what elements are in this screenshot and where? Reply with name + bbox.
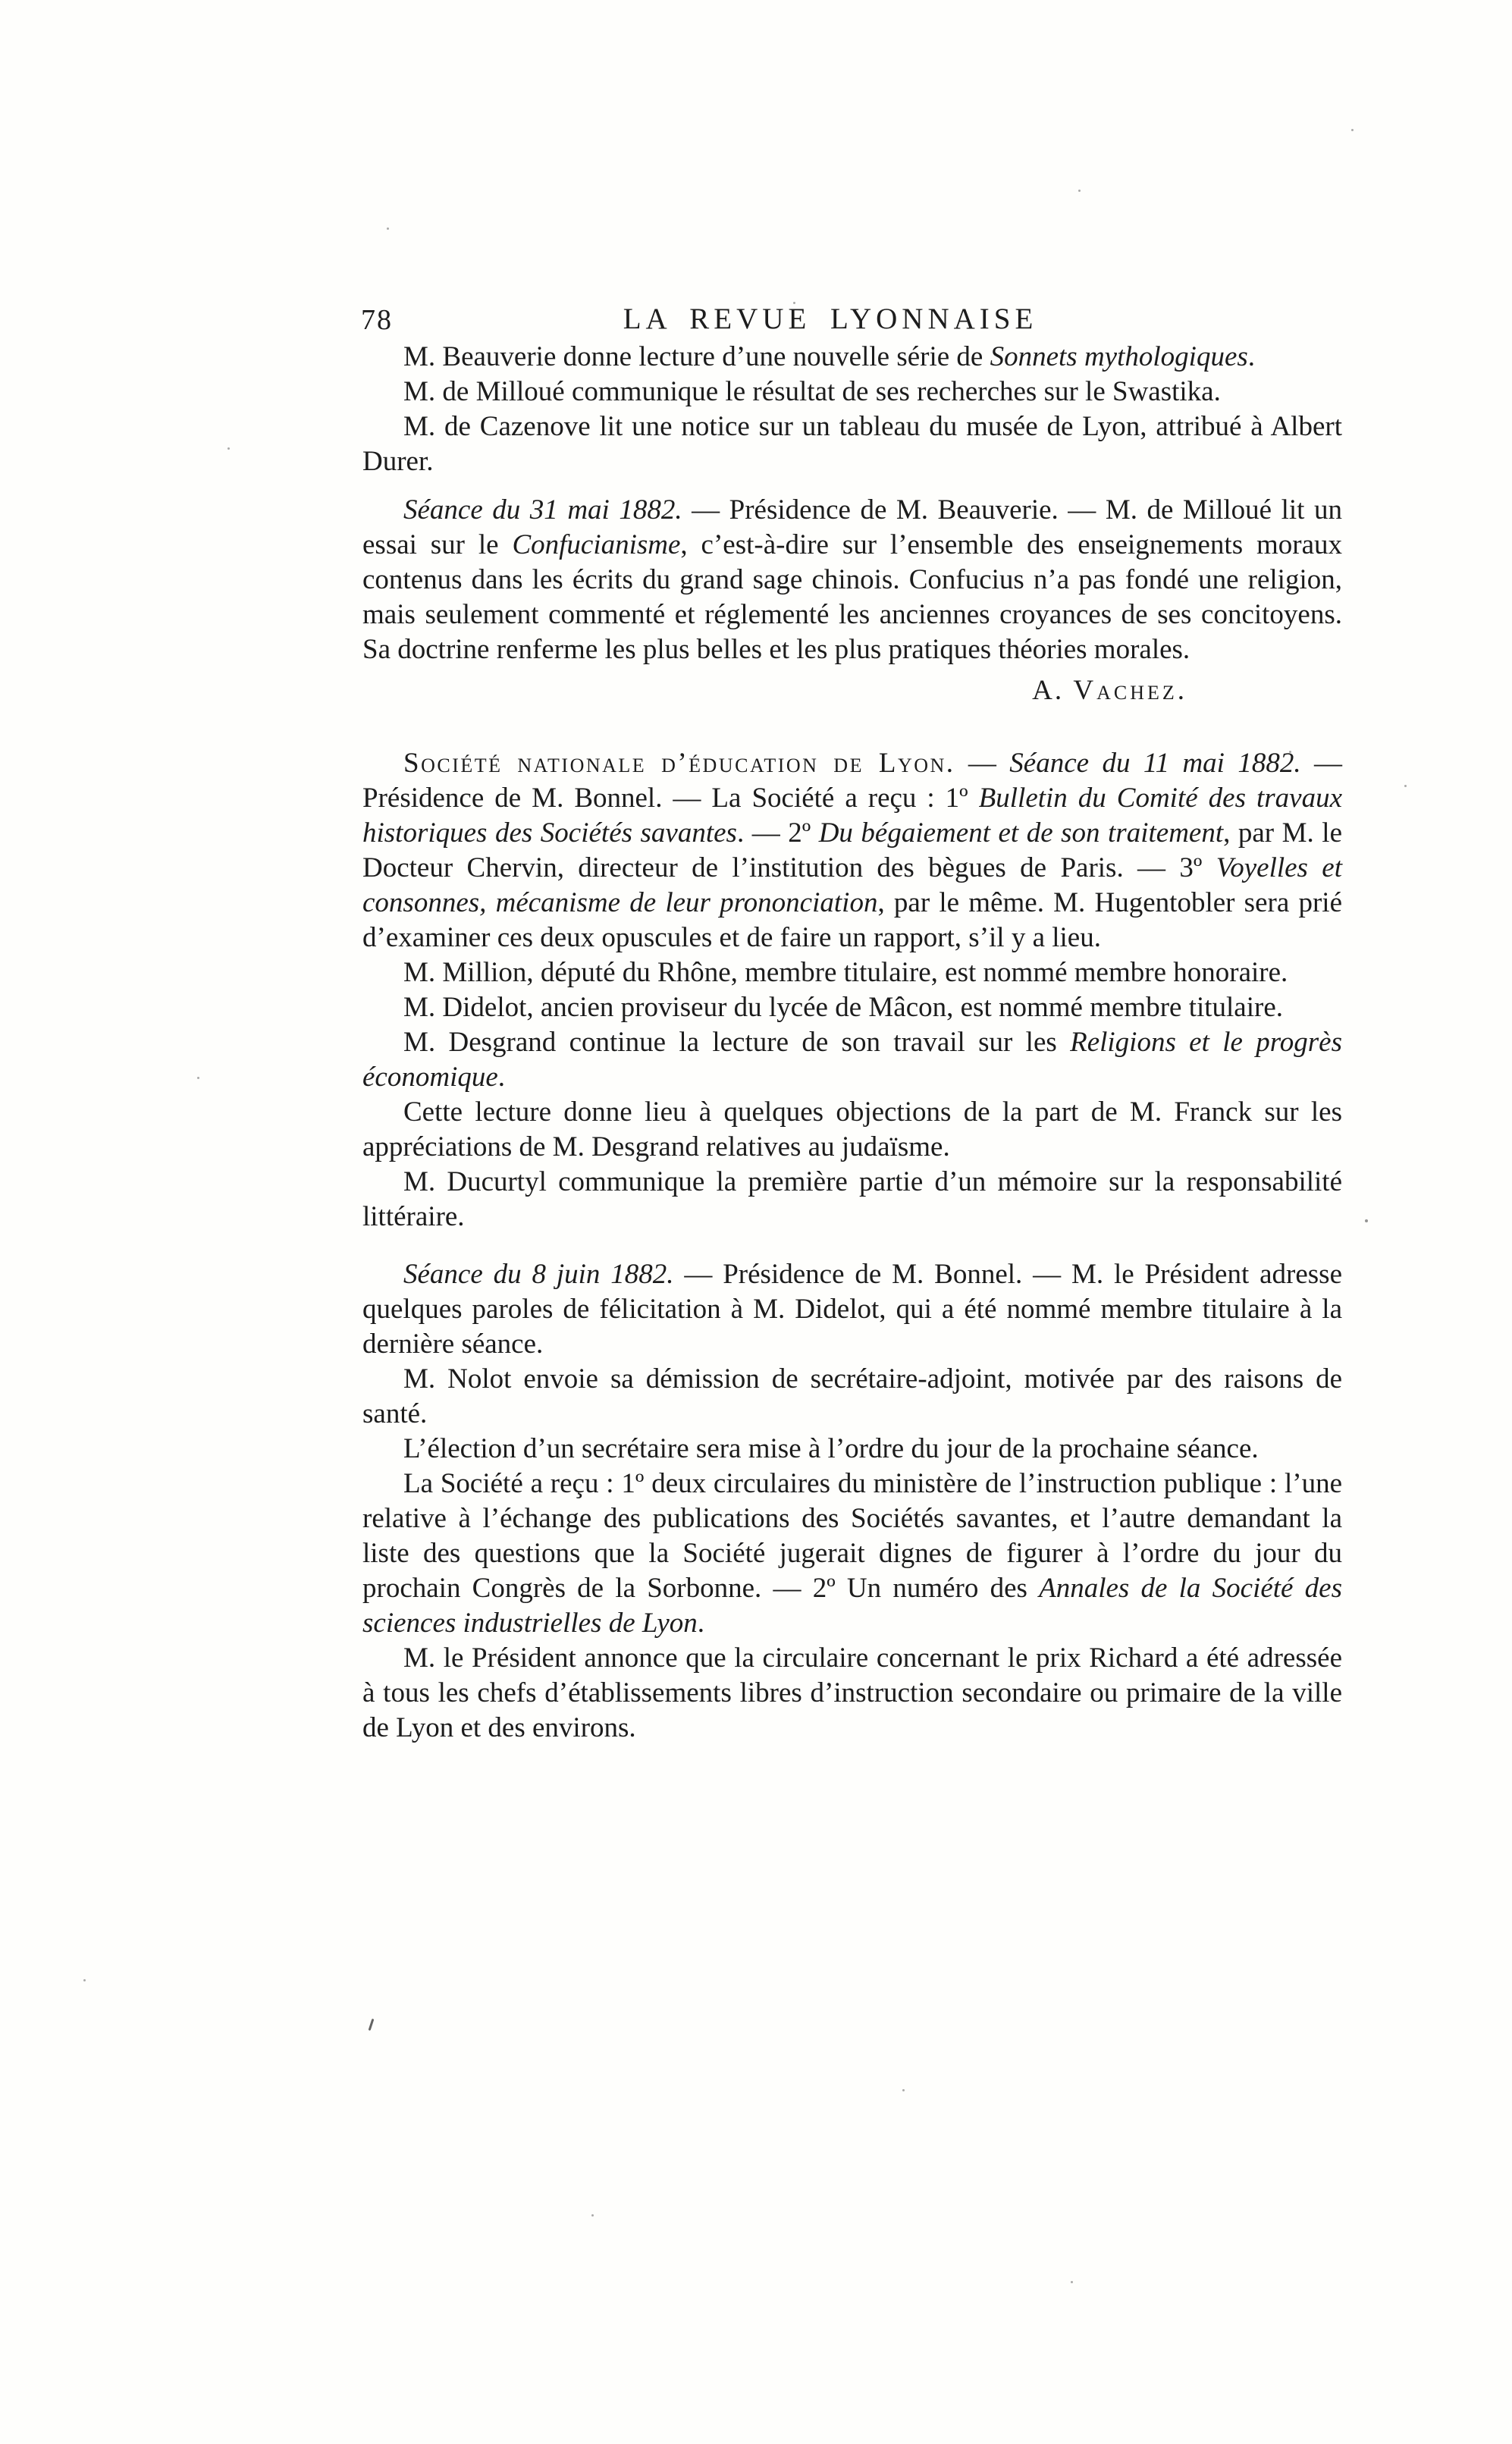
scan-speck [83, 1979, 86, 1981]
text-segment: Sonnets mythologiques [990, 341, 1248, 372]
paragraph: M. Ducurtyl communique la première parti… [362, 1165, 1342, 1235]
page-header: 78 LA REVUE LYONNAISE [356, 302, 1342, 341]
paragraph: Séance du 8 juin 1882. — Présidence de M… [362, 1257, 1342, 1362]
paragraph: M. Desgrand continue la lecture de son t… [362, 1025, 1342, 1095]
text-segment: — [955, 748, 1010, 779]
paragraph: La Société a reçu : 1º deux circulaires … [362, 1467, 1342, 1641]
scan-speck [1071, 2281, 1073, 2283]
paragraph: M. de Milloué communique le résultat de … [362, 375, 1342, 409]
scan-speck [591, 2214, 594, 2217]
scan-speck [1351, 129, 1354, 131]
paragraph: M. Didelot, ancien proviseur du lycée de… [362, 990, 1342, 1025]
scan-speck [387, 227, 389, 230]
text-segment: M. Didelot, ancien proviseur du lycée de… [403, 992, 1283, 1023]
text-segment: Vachez [1073, 675, 1177, 706]
scan-tick-mark [369, 2019, 375, 2031]
text-segment: . [1248, 341, 1255, 372]
text-segment: Cette lecture donne lieu à quelques obje… [362, 1097, 1342, 1162]
paragraph: M. Nolot envoie sa démission de secrétai… [362, 1362, 1342, 1432]
text-segment: M. Nolot envoie sa démission de secrétai… [362, 1363, 1342, 1429]
scan-speck [1289, 751, 1291, 753]
journal-title: LA REVUE LYONNAISE [356, 302, 1304, 336]
paragraph: Société nationale d’éducation de Lyon. —… [362, 746, 1342, 955]
text-segment: . — 2º [737, 817, 819, 849]
text-segment: . [1178, 675, 1187, 706]
text-segment: Séance du 11 mai 1882. [1009, 748, 1300, 779]
scan-speck [197, 1077, 199, 1079]
document-page: 78 LA REVUE LYONNAISE M. Beauverie donne… [0, 0, 1512, 2444]
text-segment: . [698, 1608, 704, 1639]
text-segment: M. de Milloué communique le résultat de … [403, 376, 1221, 407]
paragraph: L’élection d’un secrétaire sera mise à l… [362, 1432, 1342, 1467]
text-segment: A. [1032, 675, 1073, 706]
text-segment: L’élection d’un secrétaire sera mise à l… [403, 1433, 1259, 1464]
text-segment: . [498, 1062, 505, 1093]
text-segment: M. Beauverie donne lecture d’une nouvell… [403, 341, 990, 372]
text-segment: Confucianisme [512, 529, 680, 560]
text-segment: M. Million, député du Rhône, membre titu… [403, 957, 1288, 988]
paragraph: M. Million, député du Rhône, membre titu… [362, 955, 1342, 990]
scan-speck [793, 302, 795, 304]
scan-speck [227, 447, 230, 450]
text-segment: M. le Président annonce que la circulair… [362, 1642, 1342, 1743]
paragraph: Séance du 31 mai 1882. — Présidence de M… [362, 493, 1342, 667]
text-segment: Du bégaiement et de son traitement [819, 817, 1223, 849]
text-segment: Séance du 31 mai 1882. [403, 494, 682, 526]
scan-speck [902, 2089, 905, 2091]
text-segment: Société nationale d’éducation de Lyon. [403, 748, 955, 779]
paragraph: Cette lecture donne lieu à quelques obje… [362, 1095, 1342, 1165]
scan-speck [1078, 190, 1081, 192]
scan-speck [1365, 1219, 1368, 1222]
text-segment: Séance du 8 juin 1882. [403, 1259, 674, 1290]
text-segment: M. Desgrand continue la lecture de son t… [403, 1027, 1070, 1058]
paragraph: M. le Président annonce que la circulair… [362, 1641, 1342, 1746]
author-signature: A. Vachez. [362, 673, 1342, 708]
text-segment: M. Ducurtyl communique la première parti… [362, 1166, 1342, 1232]
page-body: M. Beauverie donne lecture d’une nouvell… [362, 340, 1342, 1746]
paragraph: M. de Cazenove lit une notice sur un tab… [362, 409, 1342, 479]
scan-speck [1404, 785, 1407, 787]
text-segment: M. de Cazenove lit une notice sur un tab… [362, 411, 1342, 477]
paragraph: M. Beauverie donne lecture d’une nouvell… [362, 340, 1342, 375]
